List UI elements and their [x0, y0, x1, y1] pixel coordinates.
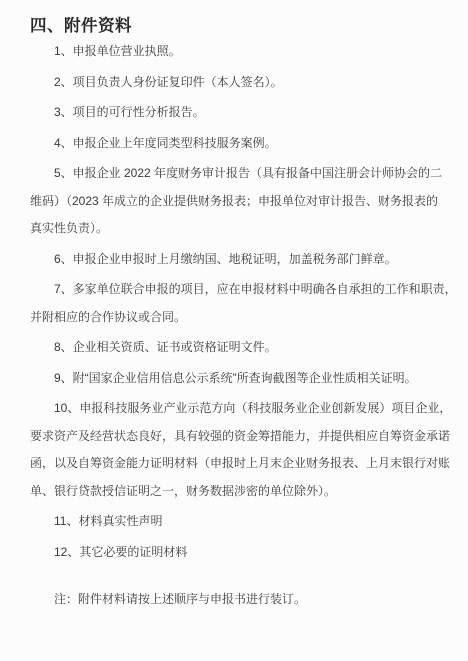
- binding-note: 注：附件材料请按上述顺序与申报书进行装订。: [30, 586, 458, 614]
- document-page: 四、附件资料 1、申报单位营业执照。 2、项目负责人身份证复印件（本人签名）。 …: [0, 0, 468, 661]
- section-heading: 四、附件资料: [30, 14, 458, 38]
- attachment-item-12: 12、其它必要的证明材料: [30, 539, 458, 567]
- attachment-item-9: 9、附“国家企业信用信息公示系统”所查询截图等企业性质相关证明。: [30, 365, 458, 393]
- attachment-item-7: 7、多家单位联合申报的项目，应在申报材料中明确各自承担的工作和职责， 并附相应的…: [30, 276, 458, 331]
- attachment-item-10: 10、申报科技服务业产业示范方向（科技服务业企业创新发展）项目企业， 要求资产及…: [30, 395, 458, 505]
- attachment-item-1: 1、申报单位营业执照。: [30, 38, 458, 66]
- attachment-item-4: 4、申报企业上年度同类型科技服务案例。: [30, 130, 458, 158]
- attachment-item-3: 3、项目的可行性分析报告。: [30, 99, 458, 127]
- attachment-item-8: 8、企业相关资质、证书或资格证明文件。: [30, 334, 458, 362]
- attachment-item-2: 2、项目负责人身份证复印件（本人签名）。: [30, 69, 458, 97]
- attachment-item-5: 5、申报企业 2022 年度财务审计报告（具有报备中国注册会计师协会的二 维码）…: [30, 160, 458, 243]
- attachment-item-11: 11、材料真实性声明: [30, 508, 458, 536]
- attachment-item-6: 6、申报企业申报时上月缴纳国、地税证明，加盖税务部门鲜章。: [30, 246, 458, 274]
